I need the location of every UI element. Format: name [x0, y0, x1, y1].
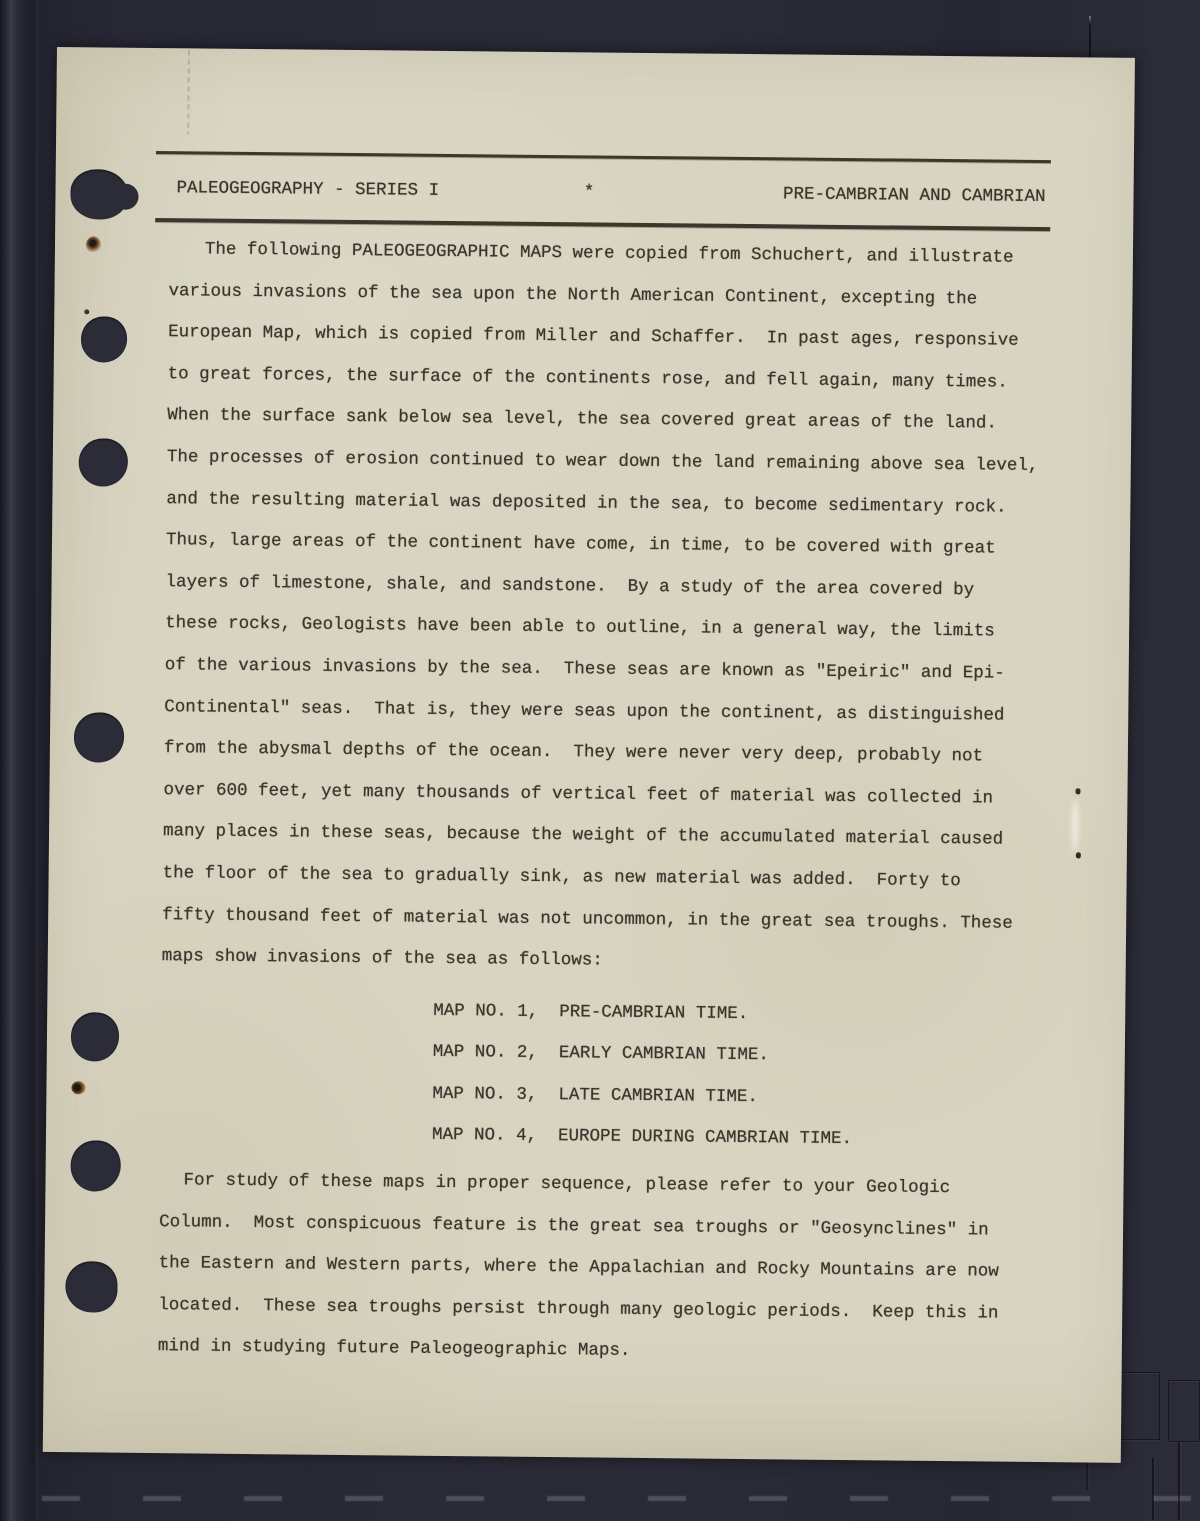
page-header: PALEOGEOGRAPHY - SERIES I * PRE-CAMBRIAN…: [176, 178, 1045, 213]
text-line: MAP NO. 4, EUROPE DURING CAMBRIAN TIME.: [432, 1115, 1065, 1163]
punch-hole: [79, 438, 128, 486]
punch-hole: [70, 169, 129, 220]
header-asterisk: *: [584, 182, 595, 202]
punch-hole: [74, 712, 125, 763]
header-title-right: PRE-CAMBRIAN AND CAMBRIAN: [783, 184, 1046, 207]
scratch-marks-row: [42, 1496, 1200, 1501]
paragraph-intro: The following PALEOGEOGRAPHIC MAPS were …: [162, 229, 1075, 987]
embossed-mark: [1168, 1380, 1200, 1442]
groove-mark: [1178, 1442, 1180, 1520]
document-page: PALEOGEOGRAPHY - SERIES I * PRE-CAMBRIAN…: [43, 47, 1135, 1463]
binder-edge: [0, 0, 38, 1521]
punch-hole: [71, 1012, 119, 1061]
header-rule-bottom: [155, 218, 1050, 231]
body-text: The following PALEOGEOGRAPHIC MAPS were …: [158, 229, 1074, 1377]
text-line: mind in studying future Paleogeographic …: [158, 1327, 1063, 1378]
burn-spot: [71, 1081, 85, 1094]
pin-scratch-mark: [1089, 16, 1091, 60]
text-line: MAP NO. 3, LATE CAMBRIAN TIME.: [432, 1074, 1065, 1122]
ink-speck: [84, 309, 89, 314]
groove-mark: [1152, 1458, 1154, 1520]
ink-speck: [1076, 852, 1081, 858]
burn-spot: [86, 236, 101, 253]
ink-speck: [1075, 788, 1080, 794]
paper-crease: [187, 50, 190, 134]
text-line: MAP NO. 1, PRE-CAMBRIAN TIME.: [433, 991, 1066, 1039]
header-rule-top: [156, 151, 1051, 163]
paper-smudge: [1071, 799, 1080, 851]
map-list: MAP NO. 1, PRE-CAMBRIAN TIME.MAP NO. 2, …: [160, 988, 1067, 1164]
punch-hole: [81, 316, 127, 362]
text-line: MAP NO. 2, EARLY CAMBRIAN TIME.: [433, 1032, 1066, 1080]
paragraph-closing: For study of these maps in proper sequen…: [158, 1160, 1065, 1377]
punch-hole: [65, 1261, 118, 1313]
punch-hole: [70, 1140, 121, 1192]
header-title-left: PALEOGEOGRAPHY - SERIES I: [176, 178, 439, 201]
